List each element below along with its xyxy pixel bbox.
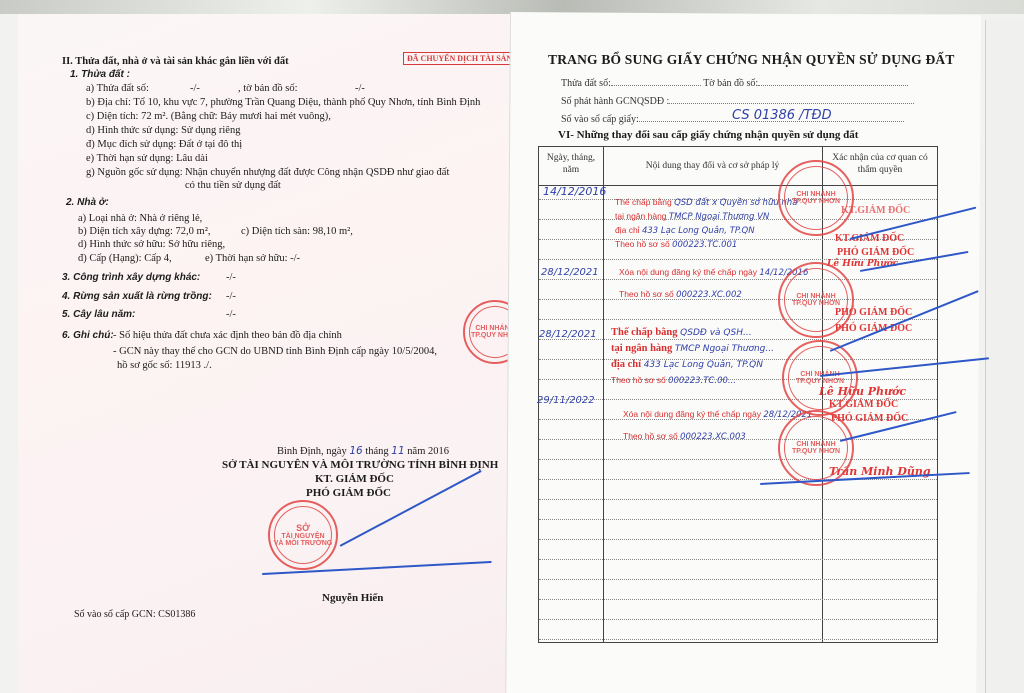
land-heading: 1. Thửa đất : [70,69,130,81]
address-line: b) Địa chỉ: Tổ 10, khu vực 7, phường Trầ… [86,97,480,109]
issue-day: 16 [349,445,362,457]
branch-seal: CHI NHÁNHTP.QUY NHƠN [782,340,858,416]
transferred-asset-stamp: ĐÃ CHUYỂN DỊCH TÀI SẢN [403,52,516,65]
usage-term-line: e) Thời hạn sử dụng: Lâu dài [86,153,208,165]
notes-line-2: - GCN này thay thế cho GCN do UBND tỉnh … [113,346,437,358]
entry-date: 28/12/2021 [539,329,597,340]
map-sheet-label: , tờ bản đồ số: [238,83,298,95]
entry-line: Xóa nội dung đăng ký thế chấp ngày 28/12… [623,409,812,420]
issue-date: Bình Định, ngày 16 tháng 11 năm 2016 [277,445,449,458]
entry-line: Xóa nội dung đăng ký thế chấp ngày 14/12… [619,267,808,278]
entry-line: tại ngân hàng TMCP Ngoại Thương... [611,343,774,354]
table-row-line [539,499,937,500]
origin-value-2: có thu tiền sử dụng đất [185,180,281,192]
table-row-line [539,279,937,280]
entry-line: Theo hồ sơ số 000223.TC.00... [611,375,736,386]
table-row-line [539,619,937,620]
table-row-line [539,379,937,380]
table-row-line [539,319,937,320]
changes-section-title: VI- Những thay đổi sau cấp giấy chứng nh… [558,129,858,141]
registry-number: Số vào sổ cấp GCN: CS01386 [74,609,195,621]
production-forest-label: 4. Rừng sản xuất là rừng trồng: [62,291,212,303]
entry-line: Theo hồ sơ số 000223.TC.001 [615,239,737,250]
other-construction-value: -/- [226,272,236,284]
entry-line: Thế chấp bằng QSD đất x Quyền sở hữu nhà [615,197,797,208]
perennial-trees-value: -/- [226,309,236,321]
signer-name: Nguyễn Hiến [322,592,383,604]
changes-table: Ngày, tháng, năm Nội dung thay đổi và cơ… [538,146,938,643]
page-edge [985,20,1024,693]
origin-value-1: Nhận chuyển nhượng đất được Công nhận QS… [185,167,449,179]
entry-line: địa chỉ 433 Lạc Long Quân, TP.QN [615,225,755,236]
issue-month: 11 [391,445,404,457]
month-label: tháng [365,446,388,457]
seal-top-text: SỞ [296,523,310,533]
house-ownership: d) Hình thức sở hữu: Sở hữu riêng, [78,239,225,251]
map-sheet-label-right: Tờ bản đồ số: [703,78,758,89]
usage-purpose-line: đ) Mục đích sử dụng: Đất ở tại đô thị [86,139,242,151]
entry-line: Theo hồ sơ số 000223.XC.003 [623,431,746,442]
section-title: II. Thửa đất, nhà ở và tài sản khác gắn … [62,56,289,68]
table-row-line [539,539,937,540]
production-forest-value: -/- [226,291,236,303]
entry-date: 14/12/2016 [543,185,606,198]
parcel-number-value: -/- [190,83,200,95]
table-row-line [539,479,937,480]
seal-bottom-text: VÀ MÔI TRƯỜNG [274,540,332,547]
signer-title-1: KT. GIÁM ĐỐC [315,473,394,485]
issuing-agency: SỞ TÀI NGUYÊN VÀ MÔI TRƯỜNG TỈNH BÌNH ĐỊ… [222,459,498,471]
entry-line: địa chỉ 433 Lạc Long Quân, TP.QN [611,359,763,370]
table-row-line [539,559,937,560]
entry-line: Theo hồ sơ số 000223.XC.002 [619,289,742,300]
house-build-area: b) Diện tích xây dựng: 72,0 m², [78,226,211,238]
date-prefix: Bình Định, ngày [277,446,347,457]
table-row-line [539,339,937,340]
table-row-line [539,599,937,600]
house-heading: 2. Nhà ở: [66,197,109,209]
issue-year: năm 2016 [407,446,449,457]
parcel-label: Thửa đất số: [561,78,611,89]
parcel-number-label: a) Thửa đất số: [86,83,149,95]
supplement-title: TRANG BỔ SUNG GIẤY CHỨNG NHẬN QUYỀN SỬ D… [548,52,955,68]
table-row-line [539,639,937,640]
parcel-field: Thửa đất số: Tờ bản đồ số: [561,76,908,89]
other-construction-label: 3. Công trình xây dựng khác: [62,272,200,284]
entry-date: 28/12/2021 [541,267,599,278]
issue-number-field: Số phát hành GCNQSDĐ : [561,94,914,107]
table-row-line [539,459,937,460]
confirm-subtitle: PHÓ GIÁM ĐỐC [837,247,914,258]
area-line: c) Diện tích: 72 m². (Bằng chữ: Bảy mươi… [86,111,331,123]
registry-label: Số vào sổ cấp giấy: [561,114,639,125]
origin-label: g) Nguồn gốc sử dụng: [86,167,183,179]
map-sheet-value: -/- [355,83,365,95]
house-term: e) Thời hạn sở hữu: -/- [205,253,300,265]
branch-seal: CHI NHÁNHTP.QUY NHƠN [778,262,854,338]
house-type: a) Loại nhà ở: Nhà ở riêng lẻ, [78,213,202,225]
notes-label: 6. Ghi chú: [62,330,114,342]
issue-no-label: Số phát hành GCNQSDĐ : [561,96,669,107]
registry-value: CS 01386 /TĐD [732,108,832,123]
notes-line-1: - Số hiệu thửa đất chưa xác định theo bả… [113,330,342,342]
department-seal: SỞ TÀI NGUYÊN VÀ MÔI TRƯỜNG [268,500,338,570]
table-row-line [539,579,937,580]
house-grade: đ) Cấp (Hạng): Cấp 4, [78,253,172,265]
entry-date: 29/11/2022 [537,395,595,406]
entry-line: Thế chấp bằng QSDĐ và QSH... [611,327,752,338]
house-floor-area: c) Diện tích sàn: 98,10 m², [241,226,353,238]
table-row-line [539,519,937,520]
notes-line-3: hồ sơ gốc số: 11913 ./. [117,360,212,372]
usage-form-line: d) Hình thức sử dụng: Sử dụng riêng [86,125,240,137]
signer-title-2: PHÓ GIÁM ĐỐC [306,487,391,499]
branch-seal: CHI NHÁNHTP.QUY NHƠN [778,410,854,486]
seal-mid-text: TÀI NGUYÊN [281,533,324,540]
branch-seal: CHI NHÁNHTP.QUY NHƠN [778,160,854,236]
entry-line: tại ngân hàng TMCP Ngoại Thương VN [615,211,769,222]
perennial-trees-label: 5. Cây lâu năm: [62,309,135,321]
